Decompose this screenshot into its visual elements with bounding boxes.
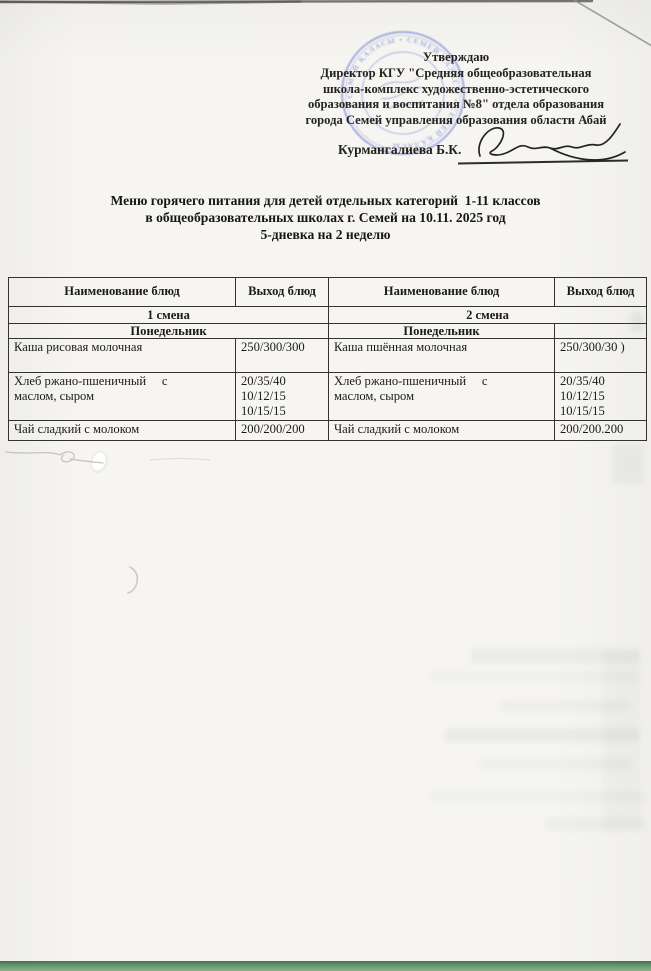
table-row: Хлеб ржано-пшеничный с маслом, сыром 20/… bbox=[9, 373, 647, 421]
portion-cell: 20/35/40 10/12/15 10/15/15 bbox=[555, 373, 647, 421]
table-row: Чай сладкий с молоком 200/200/200 Чай сл… bbox=[9, 421, 647, 441]
dish-cell: Каша пшённая молочная bbox=[329, 339, 555, 373]
day-row: Понедельник Понедельник bbox=[9, 324, 647, 339]
header-cell: Выход блюд bbox=[555, 278, 647, 307]
portion-cell: 250/300/30 ) bbox=[555, 339, 647, 373]
dish-cell: Чай сладкий с молоком bbox=[9, 421, 236, 441]
dish-cell: Хлеб ржано-пшеничный с маслом, сыром bbox=[329, 373, 555, 421]
dish-cell: Каша рисовая молочная bbox=[9, 339, 236, 373]
title-line: в общеобразовательных школах г. Семей на… bbox=[0, 209, 651, 226]
shift-cell: 1 смена bbox=[9, 307, 329, 324]
approval-line: школа-комплекс художественно-эстетическо… bbox=[280, 82, 632, 98]
bleedthrough-smudge bbox=[612, 444, 644, 484]
approval-line: Утверждаю bbox=[280, 50, 632, 66]
portion-cell: 20/35/40 10/12/15 10/15/15 bbox=[236, 373, 329, 421]
header-cell: Наименование блюд bbox=[329, 278, 555, 307]
signatory-name: Курмангалиева Б.К. bbox=[338, 142, 461, 158]
portion-cell: 200/200.200 bbox=[555, 421, 647, 441]
portion-cell: 250/300/300 bbox=[236, 339, 329, 373]
dish-cell: Чай сладкий с молоком bbox=[329, 421, 555, 441]
dish-cell: Хлеб ржано-пшеничный с маслом, сыром bbox=[9, 373, 236, 421]
portion-cell: 200/200/200 bbox=[236, 421, 329, 441]
table-row: Каша рисовая молочная 250/300/300 Каша п… bbox=[9, 339, 647, 373]
approval-line: Директор КГУ "Средняя общеобразовательна… bbox=[280, 66, 632, 82]
title-line: Меню горячего питания для детей отдельны… bbox=[0, 192, 651, 209]
shift-row: 1 смена 2 смена bbox=[9, 307, 647, 324]
header-cell: Наименование блюд bbox=[9, 278, 236, 307]
document-title: Меню горячего питания для детей отдельны… bbox=[0, 192, 651, 244]
menu-table: Наименование блюд Выход блюд Наименовани… bbox=[8, 277, 647, 441]
approval-line: образования и воспитания №8" отдела обра… bbox=[280, 97, 632, 113]
day-cell: Понедельник bbox=[329, 324, 555, 339]
empty-cell bbox=[555, 324, 647, 339]
signature bbox=[455, 112, 635, 170]
header-cell: Выход блюд bbox=[236, 278, 329, 307]
title-line: 5-дневка на 2 неделю bbox=[0, 226, 651, 243]
shift-cell: 2 смена bbox=[329, 307, 647, 324]
day-cell: Понедельник bbox=[9, 324, 329, 339]
bleedthrough-smudge bbox=[602, 650, 640, 830]
scanned-document-page: • СЕМЕЙ ҚАЛАСЫ • СЕМЕЙ ҚАЛАСЫ • СЕМЕЙ ҚА… bbox=[0, 0, 651, 971]
table-header-row: Наименование блюд Выход блюд Наименовани… bbox=[9, 278, 647, 307]
correction-blob bbox=[89, 450, 108, 473]
scanner-bed-strip bbox=[0, 961, 651, 971]
